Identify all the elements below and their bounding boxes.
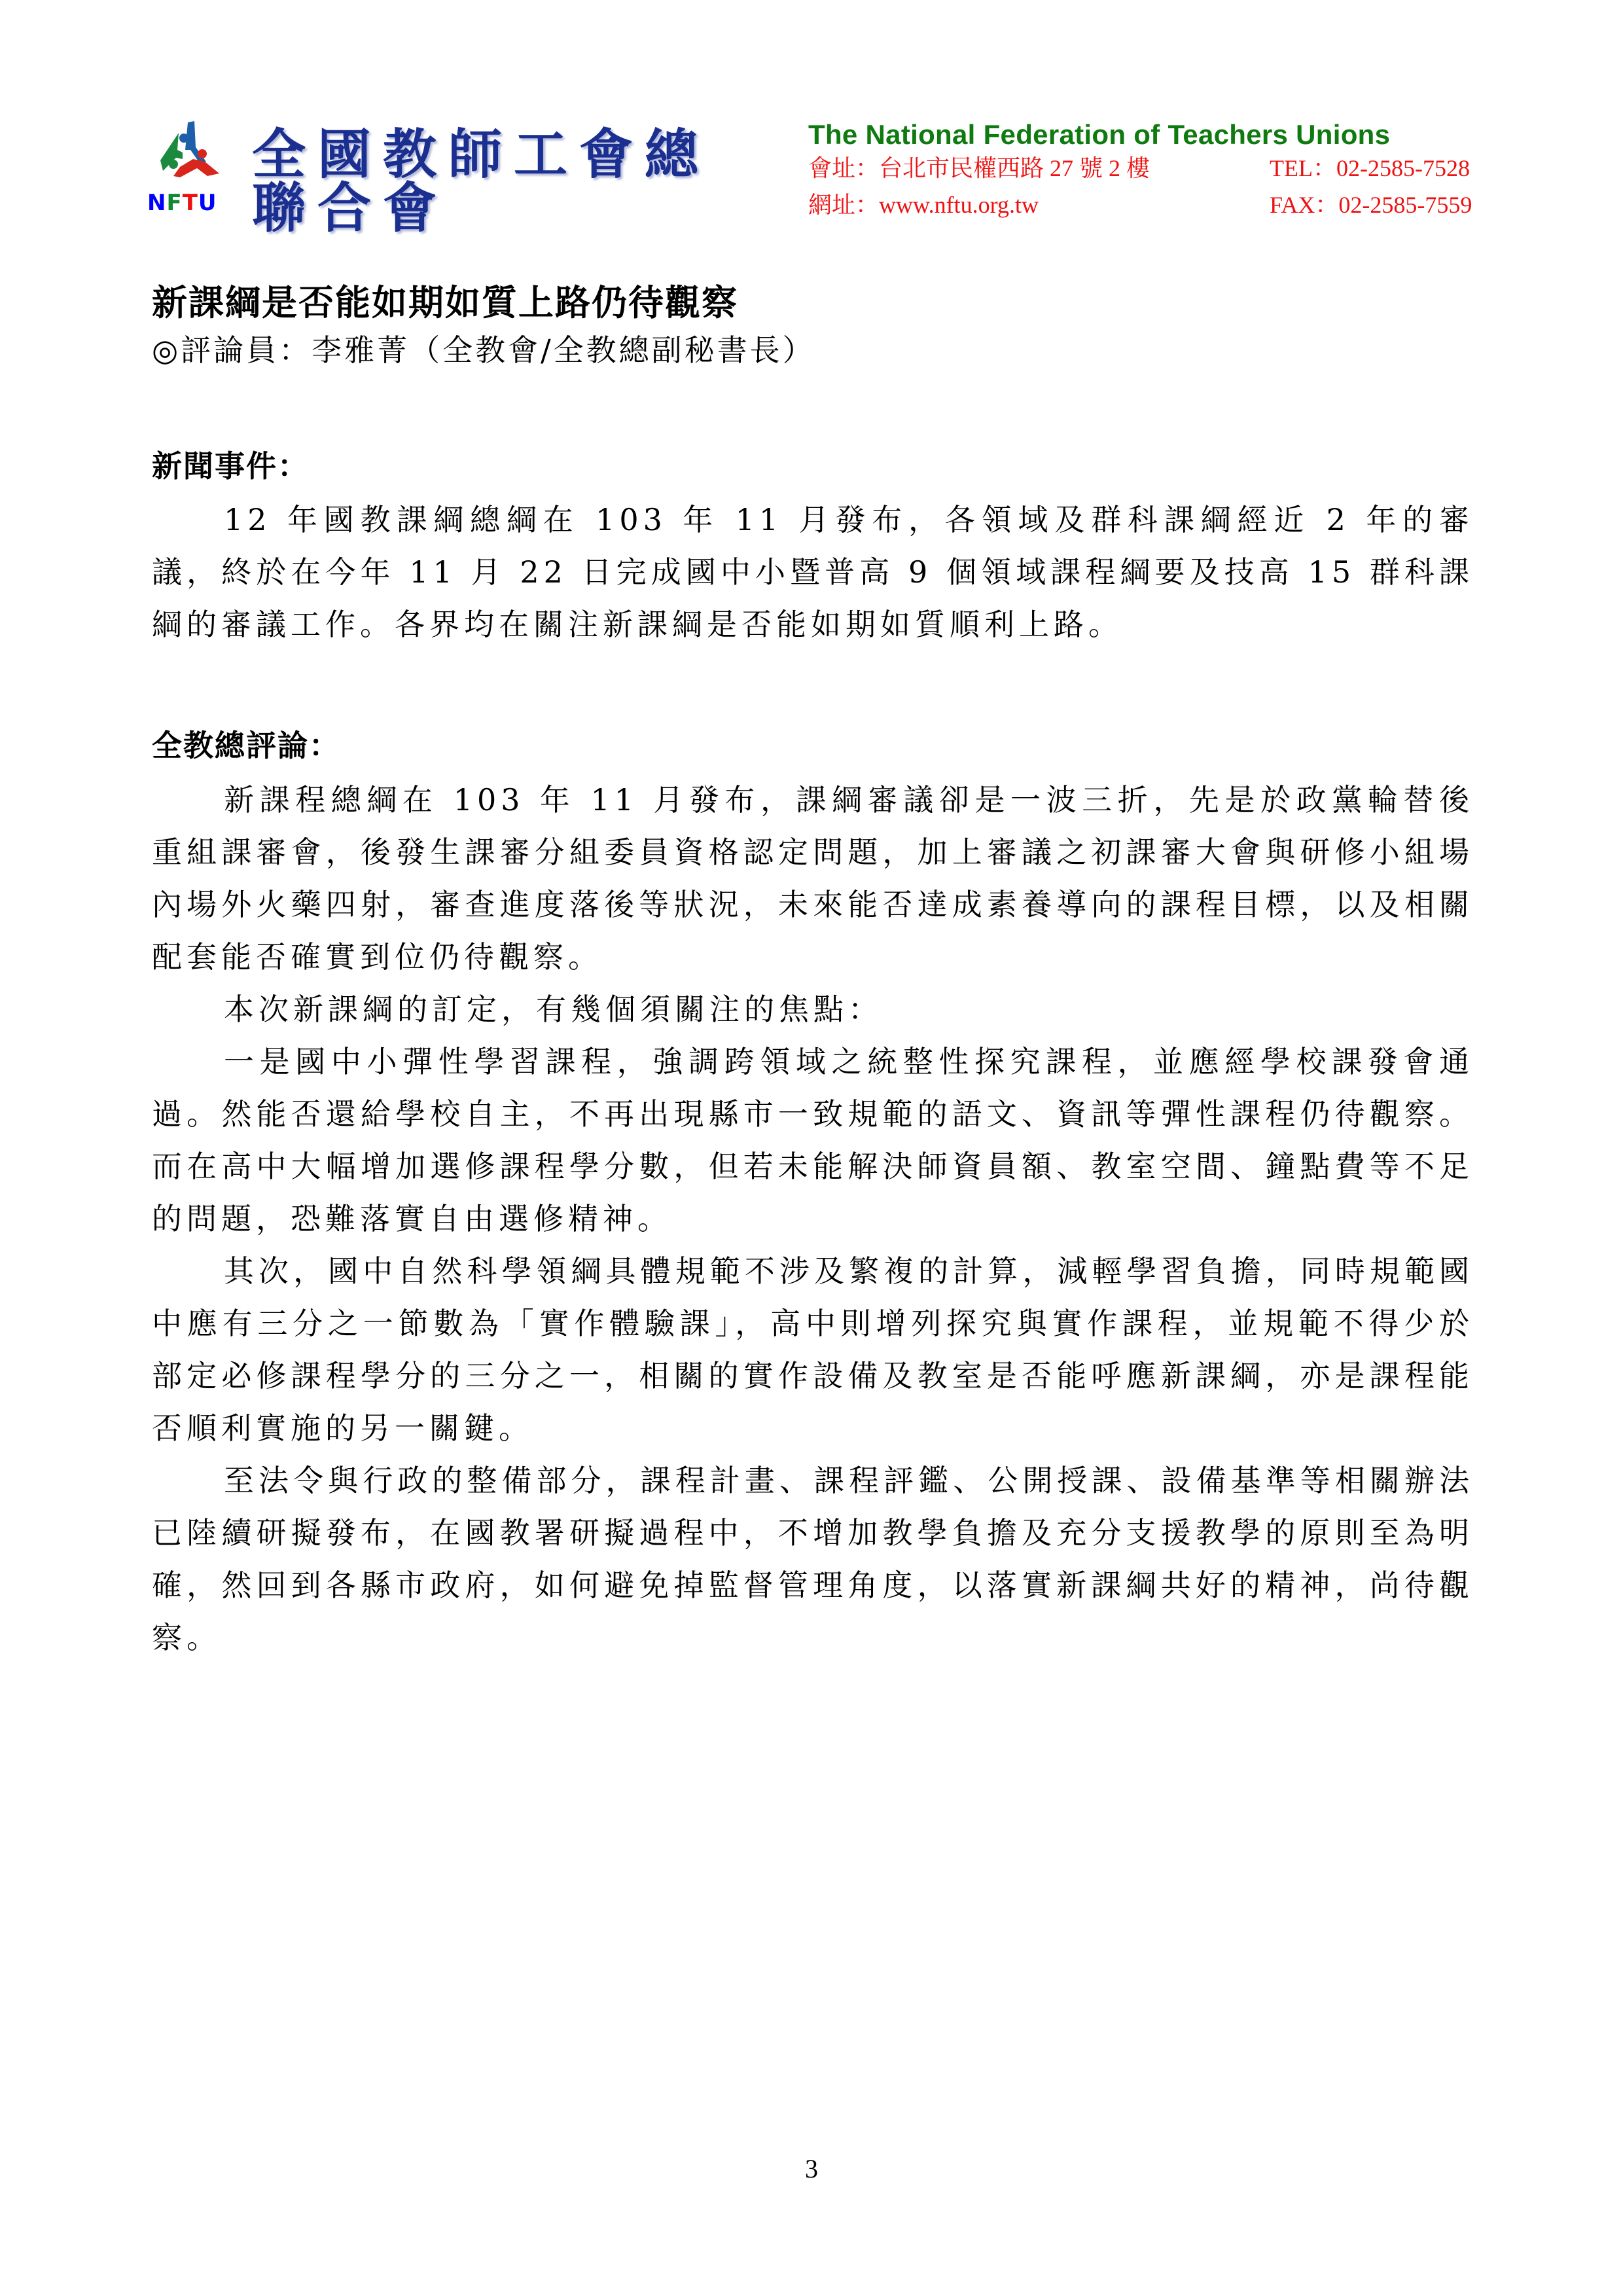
comment-paragraph: 其次，國中自然科學領綱具體規範不涉及繁複的計算，減輕學習負擔，同時規範國中應有三… [152,1245,1474,1454]
news-paragraph: 12 年國教課綱總綱在 103 年 11 月發布，各領域及群科課綱經近 2 年的… [152,493,1474,651]
org-website-link[interactable]: 網址：www.nftu.org.tw [808,187,1039,223]
letterhead: NFTU 全國教師工會總聯合會 The National Federation … [147,115,1482,219]
news-section-heading: 新聞事件： [152,448,1474,484]
page-number: 3 [805,2153,818,2184]
article: 新課綱是否能如期如質上路仍待觀察 ◎評論員：李雅菁（全教會/全教總副秘書長） 新… [152,281,1474,1664]
three-figures-logo-icon [154,121,226,187]
article-byline: ◎評論員：李雅菁（全教會/全教總副秘書長） [152,329,1474,371]
comment-paragraph: 一是國中小彈性學習課程，強調跨領域之統整性探究課程，並應經學校課發會通過。然能否… [152,1035,1474,1245]
org-fax: FAX：02-2585-7559 [1270,187,1472,223]
org-tel: TEL：02-2585-7528 [1270,150,1470,187]
nftu-acronym: NFTU [147,192,217,214]
article-title: 新課綱是否能如期如質上路仍待觀察 [152,281,1474,324]
org-contact-block: The National Federation of Teachers Unio… [808,120,1482,223]
logo-chinese-name: 全國教師工會總聯合會 [252,128,710,235]
nftu-logo: NFTU 全國教師工會總聯合會 [147,115,710,219]
comment-paragraph: 本次新課綱的訂定，有幾個須關注的焦點： [152,983,1474,1035]
comment-paragraph: 至法令與行政的整備部分，課程計畫、課程評鑑、公開授課、設備基準等相關辦法已陸續研… [152,1454,1474,1664]
org-english-name: The National Federation of Teachers Unio… [808,120,1482,150]
org-address: 會址：台北市民權西路 27 號 2 樓 [808,150,1150,187]
org-contact-row-1: 會址：台北市民權西路 27 號 2 樓 TEL：02-2585-7528 [808,150,1482,187]
comment-section-heading: 全教總評論： [152,728,1474,764]
comment-paragraph: 新課程總綱在 103 年 11 月發布，課綱審議卻是一波三折，先是於政黨輪替後重… [152,774,1474,983]
org-contact-row-2: 網址：www.nftu.org.tw FAX：02-2585-7559 [808,187,1482,223]
